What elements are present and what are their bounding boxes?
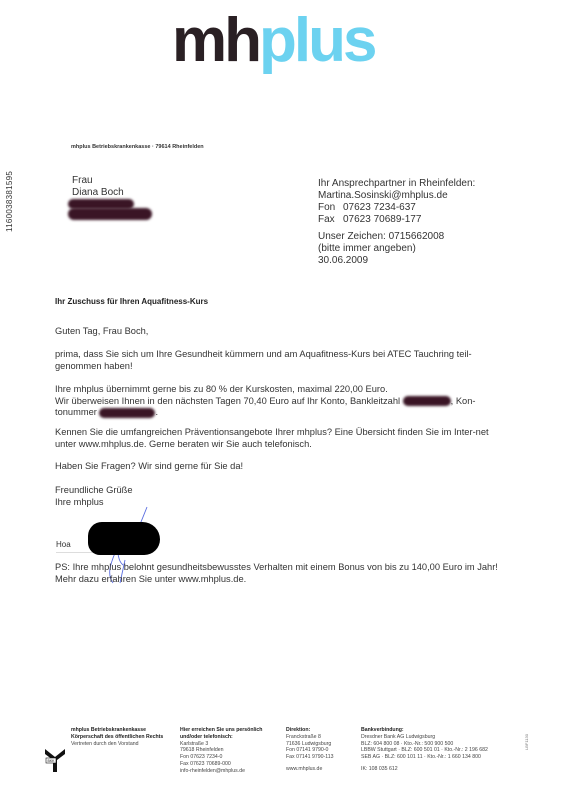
footer-website[interactable]: www.mhplus.de bbox=[286, 766, 334, 773]
footer-bank-heading: Bankverbindung: bbox=[361, 727, 404, 733]
footer-bank-1: Dresdner Bank AG Ludwigsburg bbox=[361, 734, 488, 741]
fax-label: Fax bbox=[318, 214, 343, 226]
footer-bank: Bankverbindung: Dresdner Bank AG Ludwigs… bbox=[361, 727, 488, 773]
bkk-logo-icon: BKK bbox=[44, 748, 66, 772]
footer-direction: Direktion: Franckstraße 8 71636 Ludwigsb… bbox=[286, 727, 334, 773]
sender-return-address: mhplus Betriebskrankenkasse · 79614 Rhei… bbox=[71, 144, 204, 150]
footer-contact-heading: Hier erreichen Sie uns persönlich bbox=[180, 727, 262, 733]
mhplus-logo: mhplus bbox=[172, 10, 374, 72]
signature-name: Hoa bbox=[56, 540, 71, 549]
paragraph-2-line-2: Wir überweisen Ihnen in den nächsten Tag… bbox=[55, 396, 510, 408]
footer-ik-number: IK: 108 035 612 bbox=[361, 766, 488, 773]
redacted-bank-code bbox=[403, 396, 451, 406]
contact-phone-row: Fon 07623 7234-637 bbox=[318, 202, 475, 214]
footer-bank-1-detail: BLZ: 604 800 08 · Kto.-Nr.: 500 900 500 bbox=[361, 741, 488, 748]
redacted-signature bbox=[88, 522, 160, 555]
reference-number: Unser Zeichen: 0715662008 bbox=[318, 231, 475, 243]
footer-direction-heading: Direktion: bbox=[286, 727, 310, 733]
postscript: PS: Ihre mhplus belohnt gesundheitsbewus… bbox=[55, 562, 510, 585]
reference-note: (bitte immer angeben) bbox=[318, 243, 475, 255]
phone-label: Fon bbox=[318, 202, 343, 214]
period: . bbox=[155, 407, 158, 417]
logo-plus: plus bbox=[259, 6, 374, 75]
transfer-text-continued: , Kon- bbox=[451, 396, 476, 406]
footer-fax: Fax 07623 70689-000 bbox=[180, 761, 262, 768]
footer-bank-2: LBBW Stuttgart · BLZ: 600 501 01 · Kto.-… bbox=[361, 747, 488, 754]
letter-subject: Ihr Zuschuss für Ihren Aquafitness-Kurs bbox=[55, 297, 208, 306]
contact-block: Ihr Ansprechpartner in Rheinfelden: Mart… bbox=[318, 178, 475, 267]
form-code: LBF1130 bbox=[524, 734, 529, 750]
footer-company: mhplus Betriebskrankenkasse Körperschaft… bbox=[71, 727, 163, 747]
paragraph-2-line-3: tonummer . bbox=[55, 407, 510, 419]
paragraph-1: prima, dass Sie sich um Ihre Gesundheit … bbox=[55, 349, 510, 372]
paragraph-4: Haben Sie Fragen? Wir sind gerne für Sie… bbox=[55, 461, 510, 473]
footer-contact-heading-2: und/oder telefonisch: bbox=[180, 734, 233, 740]
document-side-number: 1160038381595 bbox=[5, 171, 14, 232]
footer-legal-form: Körperschaft des öffentlichen Rechts bbox=[71, 734, 163, 740]
recipient-salutation: Frau bbox=[72, 175, 124, 187]
contact-fax: 07623 70689-177 bbox=[343, 214, 421, 226]
footer-direction-street: Franckstraße 8 bbox=[286, 734, 334, 741]
paragraph-2-line-1: Ihre mhplus übernimmt gerne bis zu 80 % … bbox=[55, 384, 510, 396]
transfer-text: Wir überweisen Ihnen in den nächsten Tag… bbox=[55, 396, 400, 406]
redacted-city bbox=[68, 208, 152, 220]
greeting: Guten Tag, Frau Boch, bbox=[55, 326, 510, 338]
footer-direction-city: 71636 Ludwigsburg bbox=[286, 741, 334, 748]
contact-heading: Ihr Ansprechpartner in Rheinfelden: bbox=[318, 178, 475, 190]
account-label: tonummer bbox=[55, 407, 97, 417]
recipient-name: Diana Boch bbox=[72, 187, 124, 199]
footer-phone: Fon 07623 7234-0 bbox=[180, 754, 262, 761]
footer-street: Karlstraße 3 bbox=[180, 741, 262, 748]
contact-fax-row: Fax 07623 70689-177 bbox=[318, 214, 475, 226]
footer-representation: Vertreten durch den Vorstand bbox=[71, 741, 163, 748]
redacted-account-number bbox=[99, 408, 155, 418]
contact-phone: 07623 7234-637 bbox=[343, 202, 416, 214]
contact-email[interactable]: Martina.Sosinski@mhplus.de bbox=[318, 190, 475, 202]
footer-bank-3: SEB AG · BLZ: 600 101 11 · Kto.-Nr.: 1 6… bbox=[361, 754, 488, 761]
closing-regards: Freundliche Grüße bbox=[55, 485, 510, 497]
letter-date: 30.06.2009 bbox=[318, 255, 475, 267]
footer-company-name: mhplus Betriebskrankenkasse bbox=[71, 727, 146, 733]
recipient-address: Frau Diana Boch bbox=[72, 175, 124, 199]
svg-text:BKK: BKK bbox=[47, 759, 55, 763]
footer-city: 79618 Rheinfelden bbox=[180, 747, 262, 754]
logo-mh: mh bbox=[172, 6, 259, 75]
paragraph-3: Kennen Sie die umfangreichen Präventions… bbox=[55, 427, 510, 450]
footer-direction-fax: Fax 07141 9790-113 bbox=[286, 754, 334, 761]
footer-email[interactable]: info-rheinfelden@mhplus.de bbox=[180, 768, 262, 775]
footer-contact: Hier erreichen Sie uns persönlich und/od… bbox=[180, 727, 262, 775]
paragraph-2: Ihre mhplus übernimmt gerne bis zu 80 % … bbox=[55, 384, 510, 419]
footer-direction-phone: Fon 07141 9790-0 bbox=[286, 747, 334, 754]
